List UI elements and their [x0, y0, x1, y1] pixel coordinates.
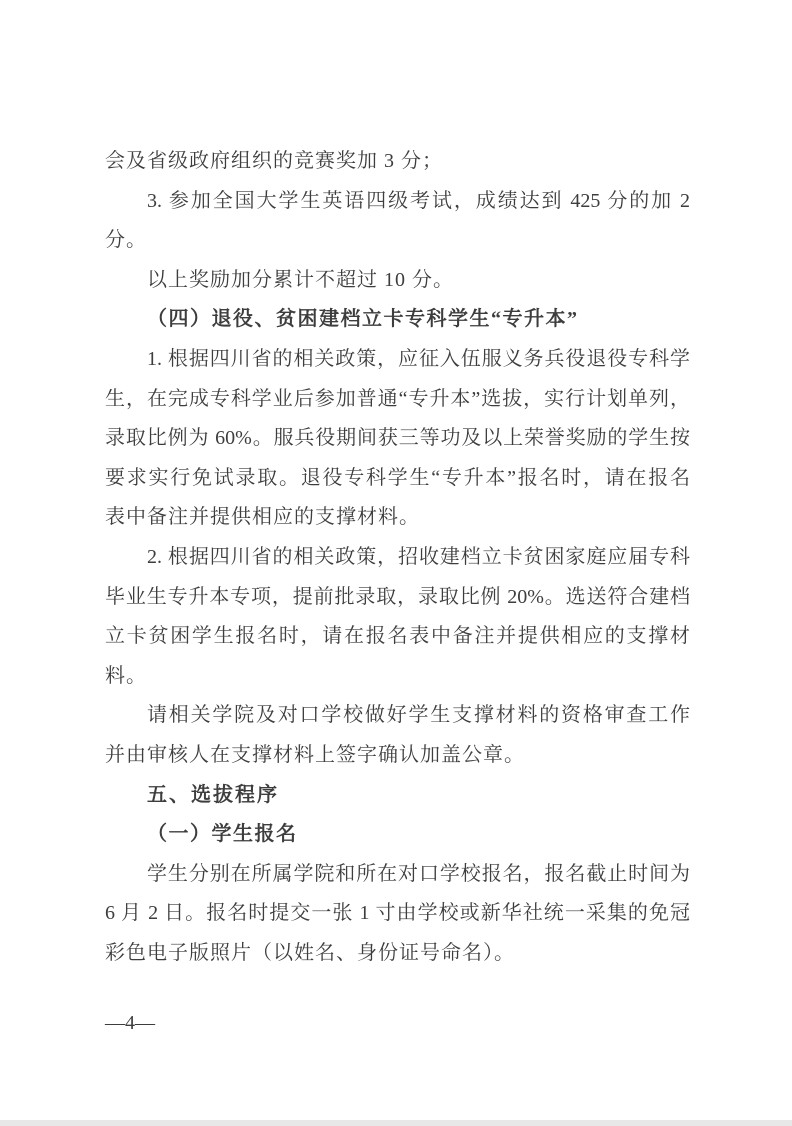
document-line: 生，在完成专科学业后参加普通“专升本”选拔，实行计划单列， — [105, 380, 690, 420]
document-line: 分。 — [105, 221, 690, 261]
document-line: 3. 参加全国大学生英语四级考试，成绩达到 425 分的加 2 — [105, 182, 690, 222]
document-line: 请相关学院及对口学校做好学生支撑材料的资格审查工作 — [105, 696, 690, 736]
document-line: 2. 根据四川省的相关政策，招收建档立卡贫困家庭应届专科 — [105, 538, 690, 578]
document-line: 1. 根据四川省的相关政策，应征入伍服义务兵役退役专科学 — [105, 340, 690, 380]
subsection-1-heading: （一）学生报名 — [105, 815, 690, 855]
document-line: 会及省级政府组织的竞赛奖加 3 分； — [105, 142, 690, 182]
document-line: 以上奖励加分累计不超过 10 分。 — [105, 261, 690, 301]
document-line: 录取比例为 60%。服兵役期间获三等功及以上荣誉奖励的学生按 — [105, 419, 690, 459]
page-number: —4— — [105, 1008, 155, 1038]
document-line: 学生分别在所属学院和所在对口学校报名，报名截止时间为 — [105, 855, 690, 895]
document-content: 会及省级政府组织的竞赛奖加 3 分； 3. 参加全国大学生英语四级考试，成绩达到… — [105, 142, 690, 973]
document-line: 毕业生专升本专项，提前批录取，录取比例 20%。选送符合建档 — [105, 578, 690, 618]
document-line: 立卡贫困学生报名时，请在报名表中备注并提供相应的支撑材 — [105, 617, 690, 657]
document-line: 表中备注并提供相应的支撑材料。 — [105, 498, 690, 538]
document-line: 料。 — [105, 657, 690, 697]
section-4-heading: （四）退役、贫困建档立卡专科学生“专升本” — [105, 300, 690, 340]
document-line: 并由审核人在支撑材料上签字确认加盖公章。 — [105, 736, 690, 776]
document-line: 要求实行免试录取。退役专科学生“专升本”报名时，请在报名 — [105, 459, 690, 499]
document-line: 彩色电子版照片（以姓名、身份证号命名）。 — [105, 934, 690, 974]
section-5-heading: 五、选拔程序 — [105, 776, 690, 816]
viewer-bottom-edge — [0, 1120, 792, 1126]
document-line: 6 月 2 日。报名时提交一张 1 寸由学校或新华社统一采集的免冠 — [105, 894, 690, 934]
document-page: 会及省级政府组织的竞赛奖加 3 分； 3. 参加全国大学生英语四级考试，成绩达到… — [0, 0, 792, 1126]
